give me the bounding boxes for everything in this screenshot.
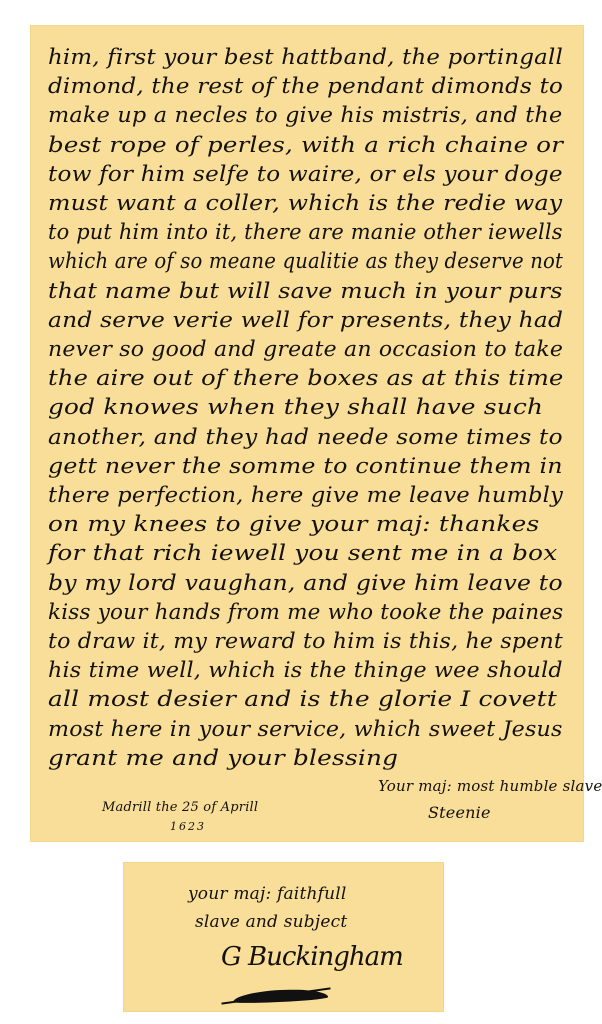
letter-line: god knowes when they shall have such <box>48 395 543 420</box>
ink-flourish-icon <box>233 988 328 1005</box>
letter-line: that name but will save much in your pur… <box>48 279 563 304</box>
letter-line: grant me and your blessing <box>48 746 398 771</box>
letter-line: never so good and greate an occasion to … <box>48 337 563 362</box>
letter-closing: Your maj: most humble slave and doge <box>378 777 602 795</box>
letter-line: to draw it, my reward to him is this, he… <box>48 629 563 654</box>
signature-line-2: slave and subject <box>195 912 347 932</box>
letter-line: most here in your service, which sweet J… <box>48 717 563 742</box>
letter-line: the aire out of there boxes as at this t… <box>48 366 564 391</box>
letter-line: and serve verie well for presents, they … <box>48 308 563 333</box>
letter-line: dimond, the rest of the pendant dimonds … <box>48 74 563 99</box>
letter-line: his time well, which is the thinge wee s… <box>48 658 563 683</box>
letter-line: which are of so meane qualitie as they d… <box>48 249 563 274</box>
letter-line: make up a necles to give his mistris, an… <box>48 103 562 128</box>
signature-name: G Buckingham <box>221 942 403 972</box>
signature-panel: your maj: faithfull slave and subject G … <box>123 862 444 1012</box>
letter-line: for that rich iewell you sent me in a bo… <box>48 541 557 566</box>
letter-line: gett never the somme to continue them in <box>48 454 563 479</box>
letter-line: best rope of perles, with a rich chaine … <box>48 133 563 158</box>
letter-line: on my knees to give your maj: thankes <box>48 512 539 537</box>
letter-line: by my lord vaughan, and give him leave t… <box>48 571 563 596</box>
letter-line: another, and they had neede some times t… <box>48 425 563 450</box>
letter-signature: Steenie <box>428 803 491 822</box>
letter-line: to put him into it, there are manie othe… <box>48 220 563 245</box>
letter-line: kiss your hands from me who tooke the pa… <box>48 600 563 625</box>
letter-place-date: Madrill the 25 of Aprill <box>102 800 258 815</box>
letter-line: must want a coller, which is the redie w… <box>48 191 562 216</box>
letter-page: him, first your best hattband, the porti… <box>30 25 584 842</box>
letter-line: all most desier and is the glorie I cove… <box>48 687 557 712</box>
signature-line-1: your maj: faithfull <box>188 884 347 904</box>
letter-year: 1623 <box>170 820 206 833</box>
letter-line: there perfection, here give me leave hum… <box>48 483 563 508</box>
letter-line: him, first your best hattband, the porti… <box>48 45 563 70</box>
letter-line: tow for him selfe to waire, or els your … <box>48 162 563 187</box>
